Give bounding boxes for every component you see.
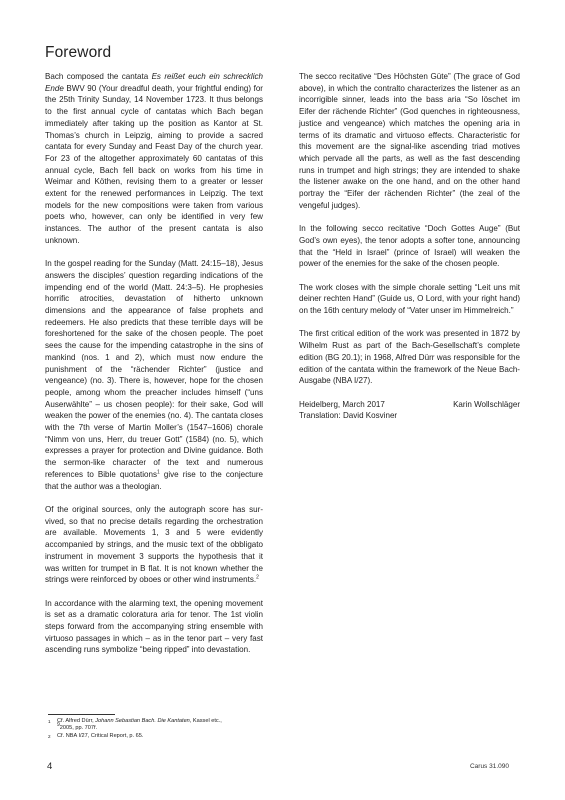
footnote-number: 1 — [48, 718, 57, 733]
paragraph-chorale: The work closes with the simple chorale … — [299, 282, 520, 317]
signature-block: Heidelberg, March 2017 Karin Wollschläge… — [299, 399, 520, 422]
left-column: Bach composed the cantata Es reißet euch… — [45, 71, 263, 656]
text: Of the original sources, only the autogr… — [45, 505, 263, 584]
text: In the gospel reading for the Sunday (Ma… — [45, 259, 263, 479]
text: , Kassel etc., — [190, 718, 222, 724]
page-title: Foreword — [45, 44, 111, 62]
translator: Translation: David Kosviner — [299, 410, 520, 422]
place-date: Heidelberg, March 2017 — [299, 399, 385, 411]
paragraph-editions: The first critical edition of the work w… — [299, 328, 520, 387]
page-number: 4 — [47, 761, 52, 772]
publisher-code: Carus 31.090 — [470, 763, 509, 770]
author-name: Karin Wollschläger — [453, 399, 520, 411]
footnote-divider — [48, 714, 115, 715]
paragraph-recitative-aria: The secco recitative “Des Höchsten Güte”… — [299, 71, 520, 211]
text: 2005, pp. 707f. — [60, 725, 97, 731]
paragraph-gospel: In the gospel reading for the Sunday (Ma… — [45, 258, 263, 492]
paragraph-sources: Of the original sources, only the autogr… — [45, 504, 263, 586]
footnote-ref-2[interactable]: 2 — [256, 575, 259, 581]
footnote-1: 1 Cf. Alfred Dürr, Johann Sebastian Bach… — [48, 718, 298, 733]
paragraph-opening-movement: In accordance with the alarming text, th… — [45, 598, 263, 657]
book-title: Johann Sebastian Bach. Die Kantaten — [95, 718, 190, 724]
paragraph-intro: Bach composed the cantata Es reißet euch… — [45, 71, 263, 247]
text: Cf. Alfred Dürr, — [57, 718, 95, 724]
text: BWV 90 (Your dreadful death, your fright… — [45, 84, 263, 245]
paragraph-tenor-recitative: In the following secco recitative “Doch … — [299, 223, 520, 270]
footnotes: 1 Cf. Alfred Dürr, Johann Sebastian Bach… — [48, 718, 298, 741]
footnote-number: 2 — [48, 733, 57, 741]
right-column: The secco recitative “Des Höchsten Güte”… — [299, 71, 520, 422]
signature-line: Heidelberg, March 2017 Karin Wollschläge… — [299, 399, 520, 411]
footnote-text: Cf. Alfred Dürr, Johann Sebastian Bach. … — [57, 718, 222, 733]
text: Bach composed the cantata — [45, 72, 152, 81]
footnote-2: 2 Cf. NBA I/27, Critical Report, p. 65. — [48, 733, 298, 741]
footnote-text: Cf. NBA I/27, Critical Report, p. 65. — [57, 733, 143, 741]
